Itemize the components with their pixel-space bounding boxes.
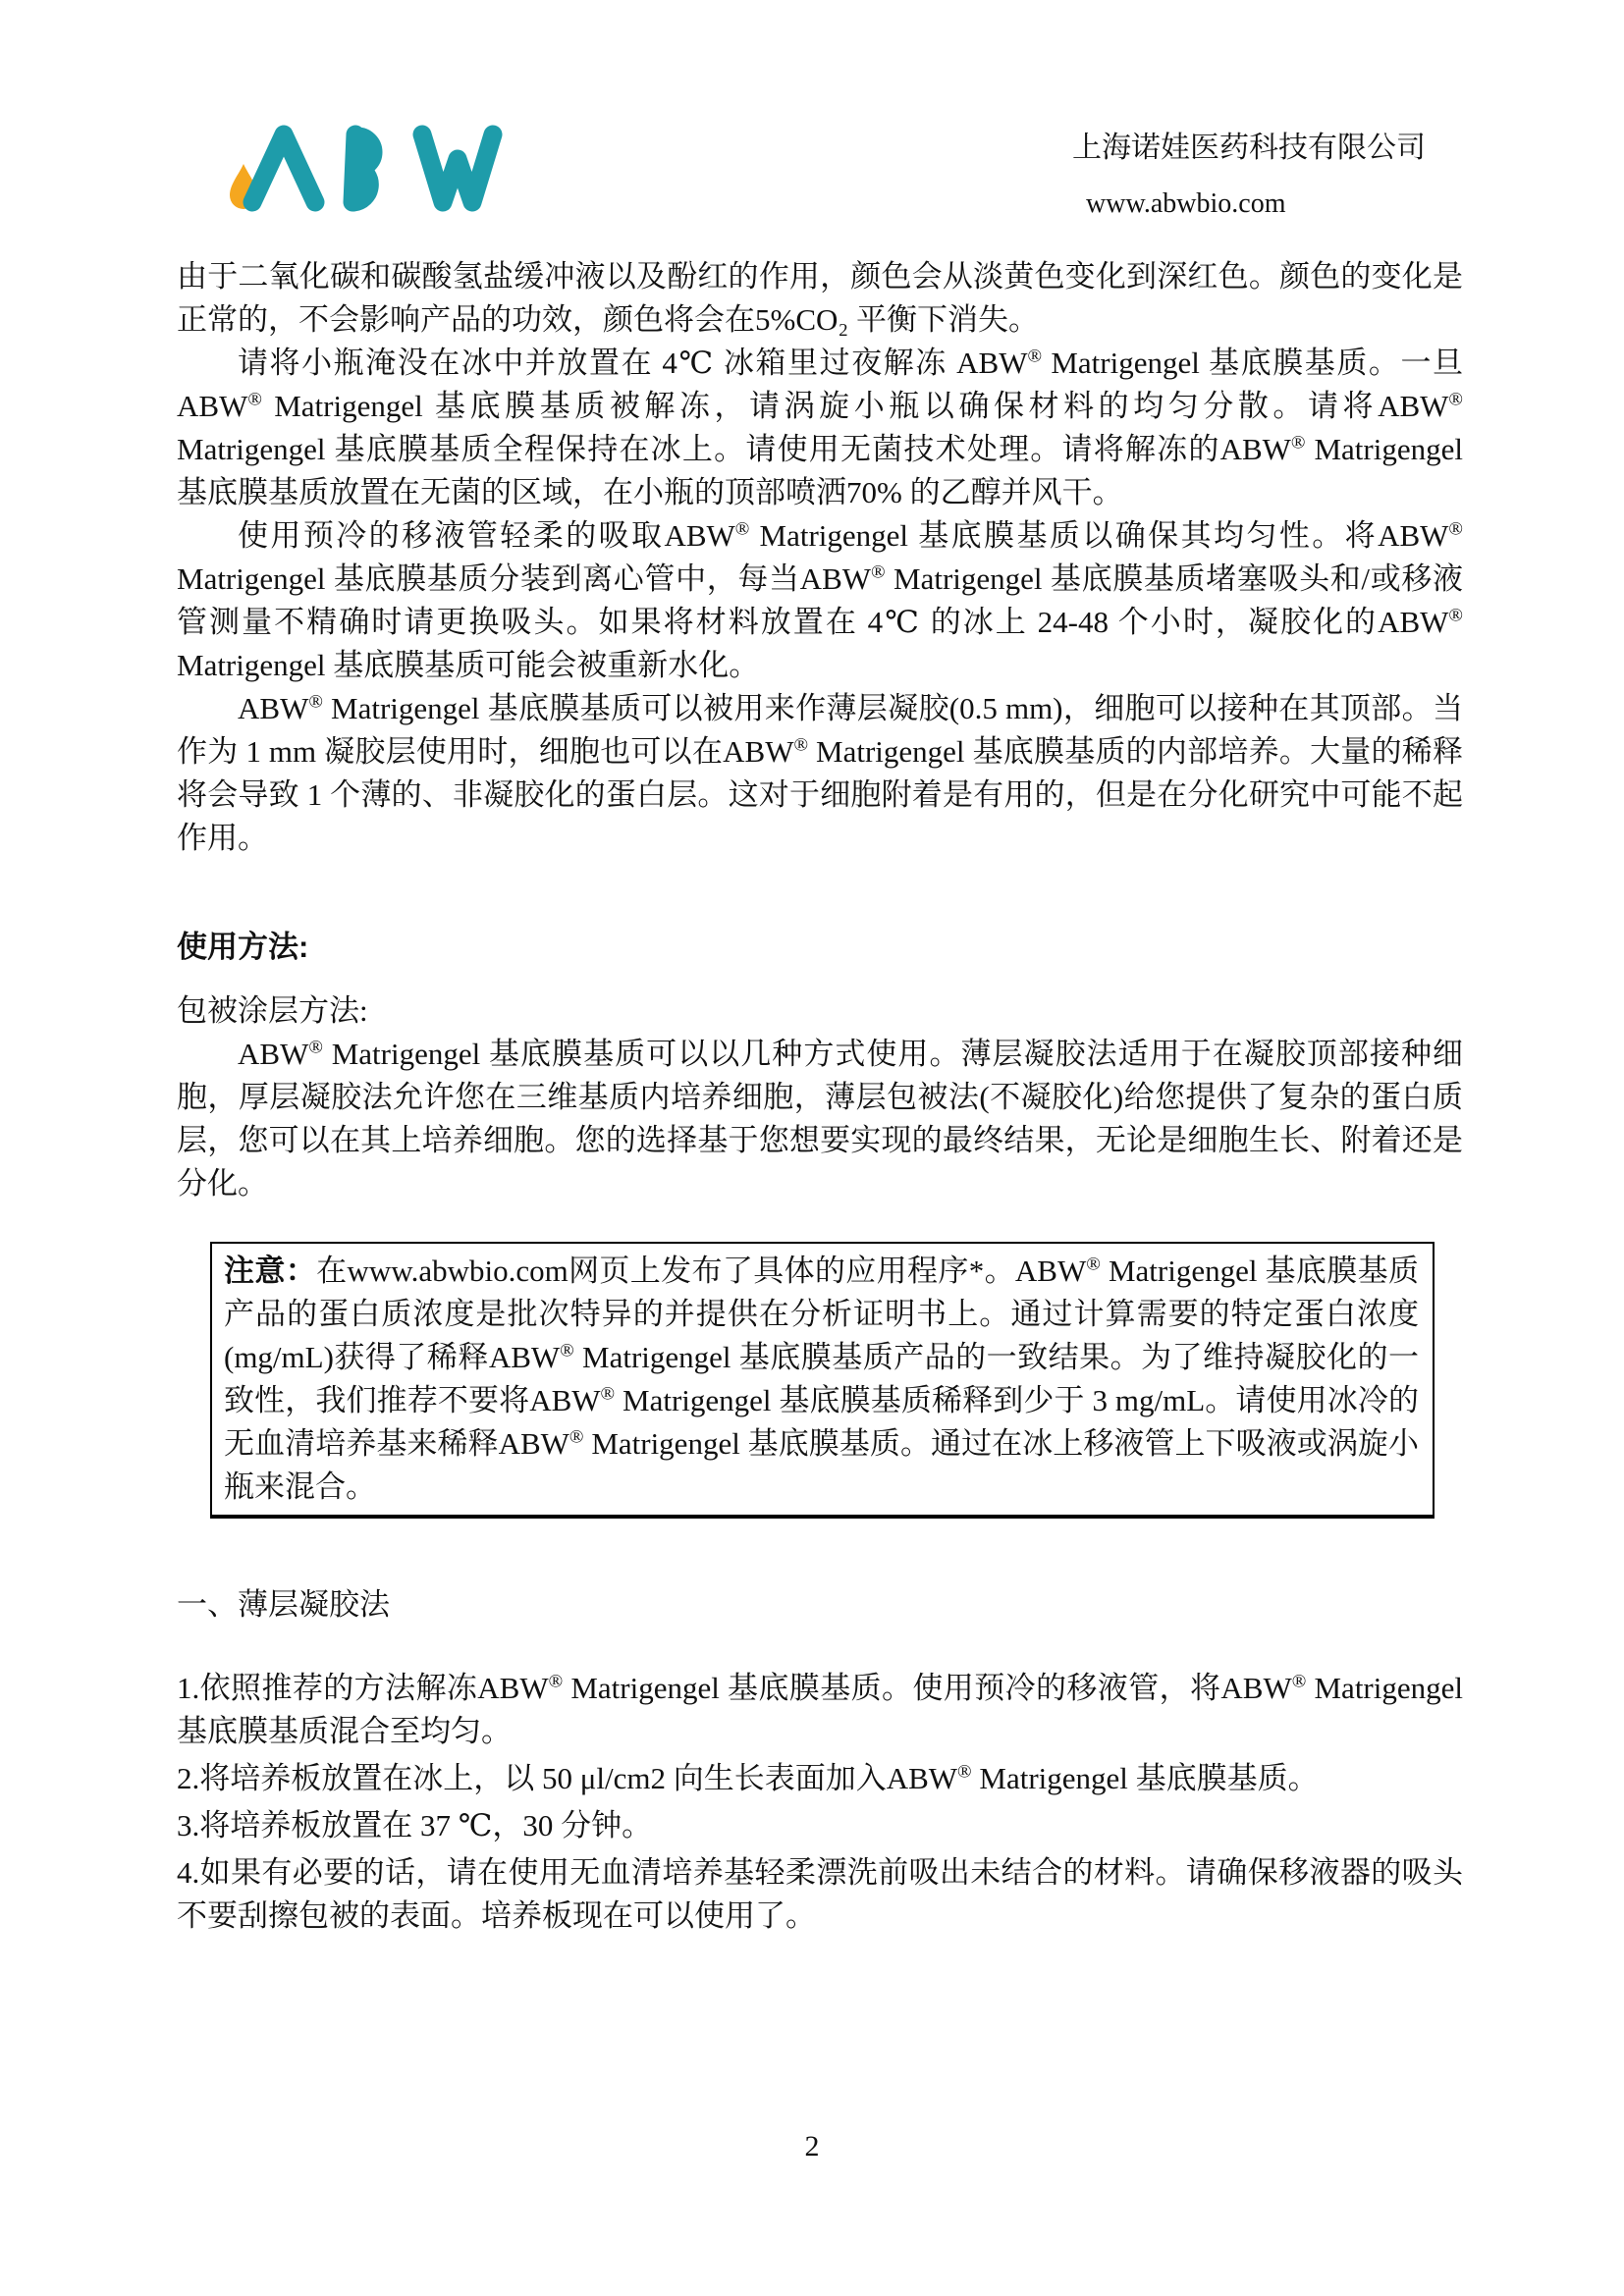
note-paragraph: 注意：在www.abwbio.com网页上发布了具体的应用程序*。ABW® Ma… bbox=[224, 1250, 1419, 1509]
paragraph-thawing-instructions: 请将小瓶淹没在冰中并放置在 4℃ 冰箱里过夜解冻 ABW® Matrigenge… bbox=[177, 342, 1463, 514]
thin-gel-section-title: 一、薄层凝胶法 bbox=[177, 1583, 1463, 1627]
logo-letter-w bbox=[422, 134, 493, 202]
note-box: 注意：在www.abwbio.com网页上发布了具体的应用程序*。ABW® Ma… bbox=[210, 1242, 1435, 1519]
note-text: 在www.abwbio.com网页上发布了具体的应用程序*。ABW® Matri… bbox=[224, 1254, 1419, 1504]
step-item-1: 1.依照推荐的方法解冻ABW® Matrigengel 基底膜基质。使用预冷的移… bbox=[177, 1667, 1463, 1753]
paragraph-pipetting-instructions: 使用预冷的移液管轻柔的吸取ABW® Matrigengel 基底膜基质以确保其均… bbox=[177, 514, 1463, 687]
document-page: 上海诺娃医药科技有限公司 www.abwbio.com 由于二氧化碳和碳酸氢盐缓… bbox=[0, 0, 1624, 2296]
note-label: 注意： bbox=[224, 1254, 316, 1288]
step-item-4: 4.如果有必要的话，请在使用无血清培养基轻柔漂洗前吸出未结合的材料。请确保移液器… bbox=[177, 1851, 1463, 1938]
step-item-3: 3.将培养板放置在 37 ℃，30 分钟。 bbox=[177, 1804, 1463, 1847]
abw-logo-graphic bbox=[226, 116, 511, 219]
company-name: 上海诺娃医药科技有限公司 bbox=[1072, 123, 1426, 166]
company-website-url: www.abwbio.com bbox=[1086, 188, 1285, 220]
page-number: 2 bbox=[805, 2130, 820, 2163]
page-header: 上海诺娃医药科技有限公司 www.abwbio.com bbox=[0, 0, 1624, 255]
paragraph-thin-gel-usage: ABW® Matrigengel 基底膜基质可以被用来作薄层凝胶(0.5 mm)… bbox=[177, 687, 1463, 860]
step-item-2: 2.将培养板放置在冰上，以 50 μl/cm2 向生长表面加入ABW® Matr… bbox=[177, 1757, 1463, 1800]
thin-gel-steps: 1.依照推荐的方法解冻ABW® Matrigengel 基底膜基质。使用预冷的移… bbox=[177, 1667, 1463, 1938]
abw-logo bbox=[226, 116, 511, 219]
paragraph-color-change: 由于二氧化碳和碳酸氢盐缓冲液以及酚红的作用，颜色会从淡黄色变化到深红色。颜色的变… bbox=[177, 255, 1463, 342]
page-footer: 2 bbox=[0, 2130, 1624, 2163]
coating-method-label: 包被涂层方法: bbox=[177, 989, 1463, 1033]
document-body: 由于二氧化碳和碳酸氢盐缓冲液以及酚红的作用，颜色会从淡黄色变化到深红色。颜色的变… bbox=[177, 255, 1463, 1938]
logo-letter-a bbox=[252, 134, 315, 202]
logo-letter-b bbox=[352, 134, 373, 202]
paragraph-usage-intro: ABW® Matrigengel 基底膜基质可以以几种方式使用。薄层凝胶法适用于… bbox=[177, 1033, 1463, 1205]
usage-method-heading: 使用方法: bbox=[177, 926, 1463, 969]
